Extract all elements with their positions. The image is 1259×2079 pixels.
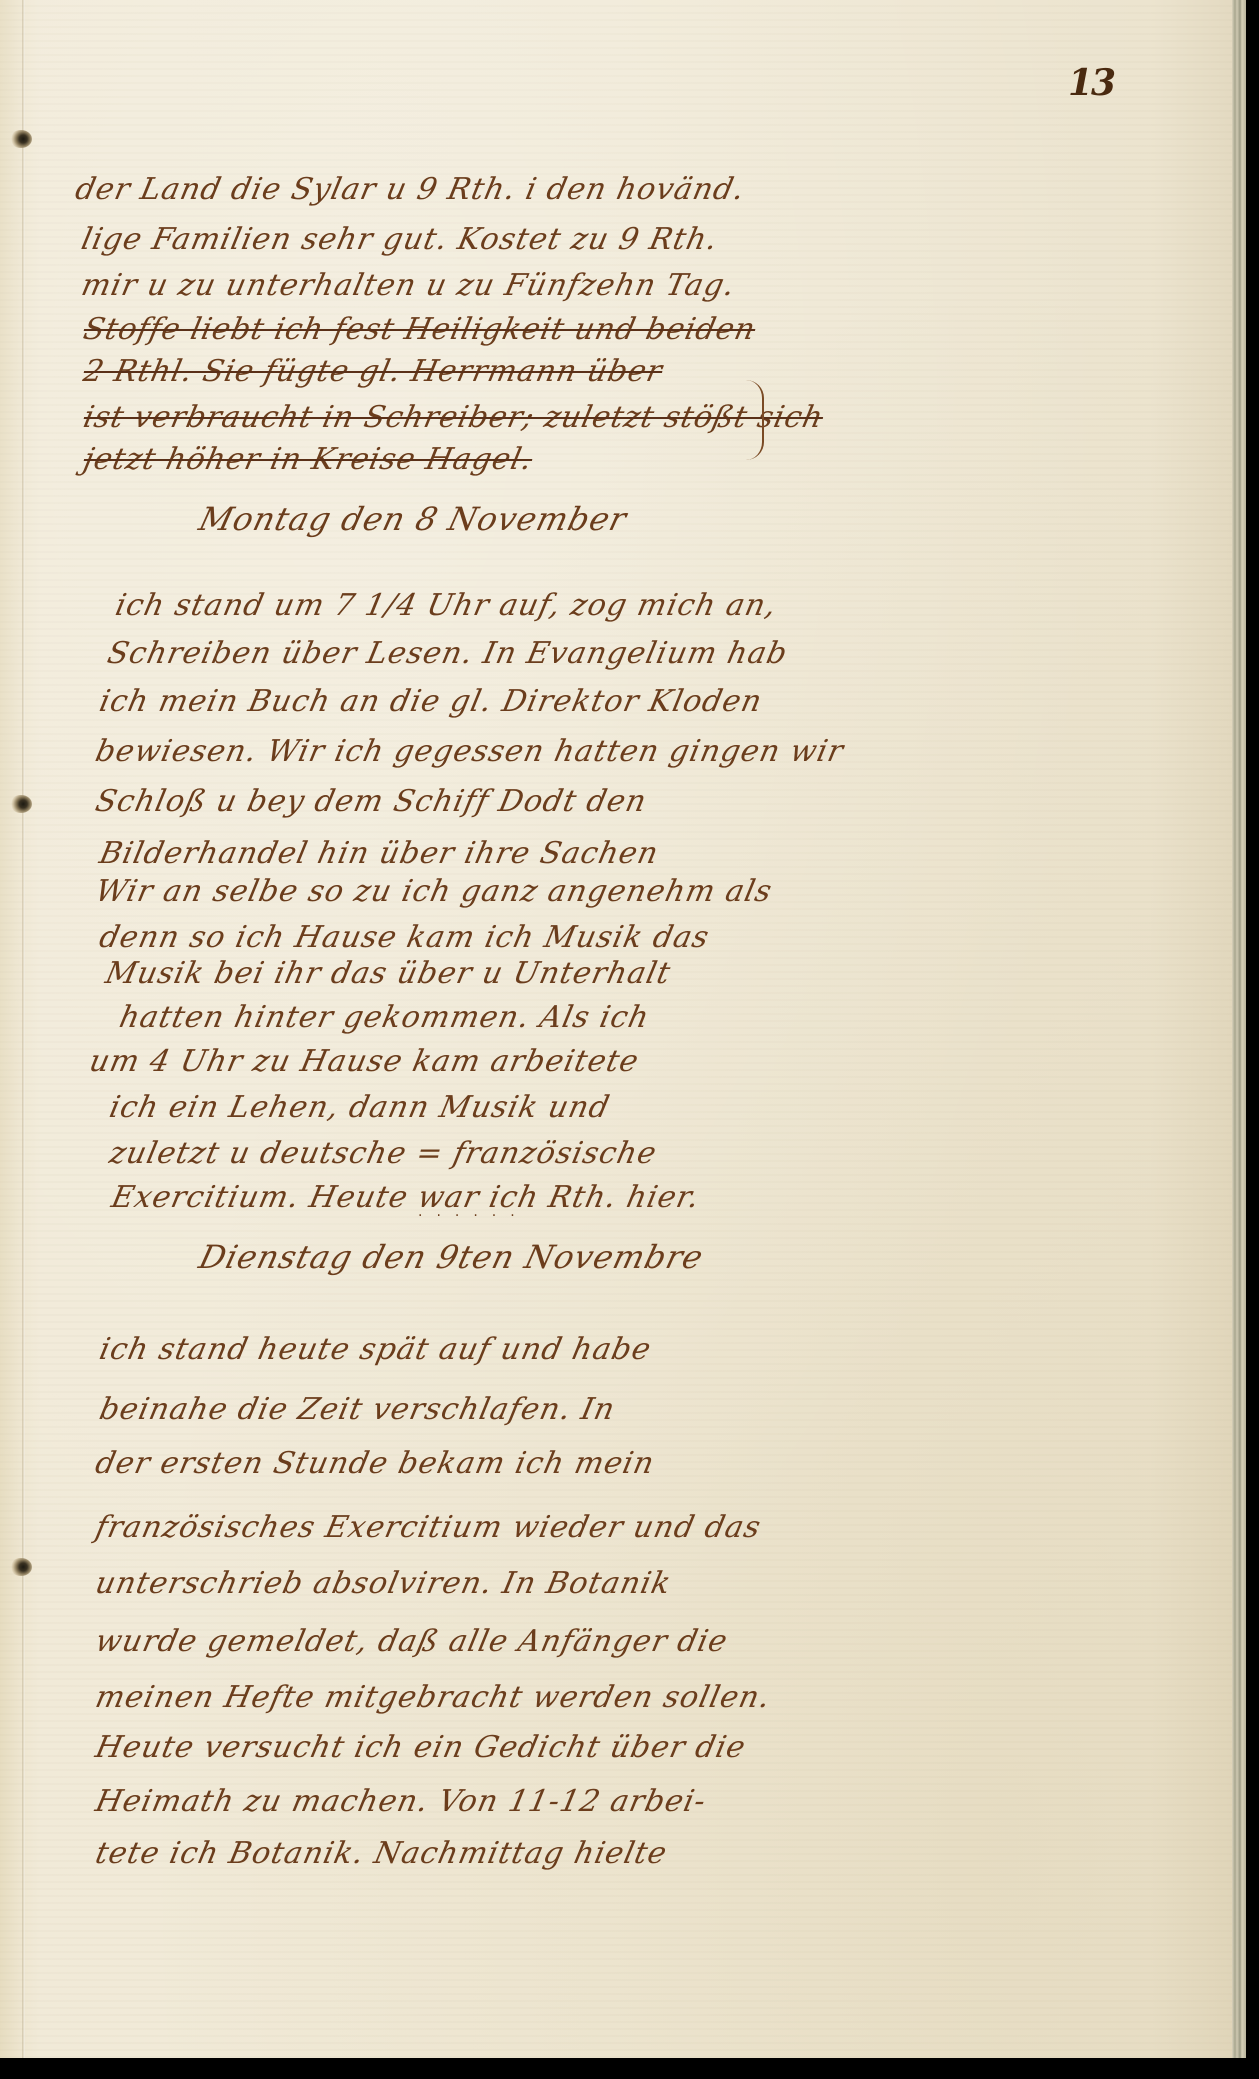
- ellipsis-dots: ······: [418, 1208, 529, 1224]
- struck-text-line: 2 Rthl. Sie fügte gl. Herrmann über: [80, 354, 666, 389]
- text-line: zuletzt u deutsche = französische: [106, 1136, 660, 1171]
- text-line: bewiesen. Wir ich gegessen hatten gingen…: [92, 734, 847, 769]
- text-line: Musik bei ihr das über u Unterhalt: [102, 956, 674, 991]
- binding-hole-icon: [10, 795, 32, 813]
- text-line: ich stand heute spät auf und habe: [96, 1332, 654, 1367]
- text-line: der Land die Sylar u 9 Rth. i den hovänd…: [72, 172, 748, 207]
- text-line: meinen Hefte mitgebracht werden sollen.: [92, 1680, 774, 1715]
- text-line: der ersten Stunde bekam ich mein: [92, 1446, 658, 1481]
- entry-heading: Montag den 8 November: [195, 500, 631, 538]
- text-line: lige Familien sehr gut. Kostet zu 9 Rth.: [78, 222, 721, 257]
- entry-heading: Dienstag den 9ten Novembre: [195, 1238, 707, 1276]
- text-line: Bilderhandel hin über ihre Sachen: [96, 836, 662, 871]
- struck-text-line: Stoffe liebt ich fest Heiligkeit und bei…: [80, 312, 759, 347]
- gutter-fold: [22, 0, 25, 2058]
- text-line: hatten hinter gekommen. Als ich: [116, 1000, 652, 1035]
- text-line: mir u zu unterhalten u zu Fünfzehn Tag.: [78, 268, 738, 303]
- text-line: denn so ich Hause kam ich Musik das: [96, 920, 712, 955]
- text-line: Heimath zu machen. Von 11-12 arbei-: [92, 1784, 709, 1819]
- text-line: Schloß u bey dem Schiff Dodt den: [92, 784, 650, 819]
- text-line: Heute versucht ich ein Gedicht über die: [92, 1730, 749, 1765]
- binding-hole-icon: [10, 1558, 32, 1576]
- text-line: Schreiben über Lesen. In Evangelium hab: [104, 636, 791, 671]
- text-line: Exercitium. Heute war ich Rth. hier.: [108, 1180, 703, 1215]
- text-line: ich stand um 7 1/4 Uhr auf, zog mich an,: [112, 588, 780, 623]
- binding-hole-icon: [10, 130, 32, 148]
- text-line: tete ich Botanik. Nachmittag hielte: [92, 1836, 670, 1871]
- struck-text-line: ist verbraucht in Schreiber; zuletzt stö…: [80, 400, 826, 435]
- text-line: wurde gemeldet, daß alle Anfänger die: [92, 1624, 731, 1659]
- manuscript-page: 13 der Land die Sylar u 9 Rth. i den hov…: [0, 0, 1246, 2058]
- struck-text-line: jetzt höher in Kreise Hagel.: [80, 442, 536, 477]
- closing-bracket: [746, 380, 764, 460]
- text-line: unterschrieb absolviren. In Botanik: [92, 1566, 674, 1601]
- text-line: beinahe die Zeit verschlafen. In: [96, 1392, 618, 1427]
- page-edge: [1232, 0, 1246, 2058]
- text-line: ich mein Buch an die gl. Direktor Kloden: [96, 684, 765, 719]
- text-line: ich ein Lehen, dann Musik und: [106, 1090, 613, 1125]
- manuscript-scan: 13 der Land die Sylar u 9 Rth. i den hov…: [0, 0, 1259, 2079]
- text-line: Wir an selbe so zu ich ganz angenehm als: [92, 874, 775, 909]
- text-line: um 4 Uhr zu Hause kam arbeitete: [86, 1044, 642, 1079]
- text-line: französisches Exercitium wieder und das: [92, 1510, 764, 1545]
- page-number: 13: [1068, 62, 1114, 104]
